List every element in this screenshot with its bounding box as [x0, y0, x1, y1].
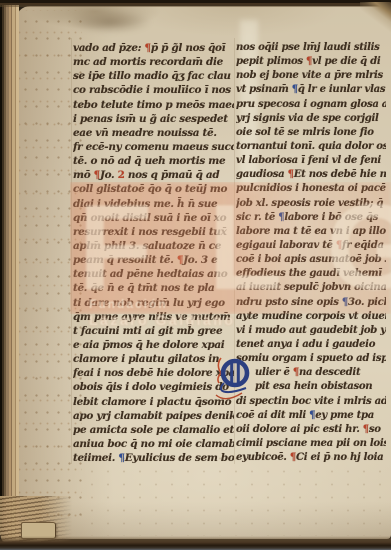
manuscript-text-line: tē. q̄e n̄ e q̄ tm̄t nos te pla	[73, 281, 234, 295]
manuscript-text-line: coē ai dit mli ¶ey pme tpa	[236, 409, 386, 423]
manuscript-text-line: cimii psciane mea pii on lois	[236, 437, 386, 451]
ink-text: yrj signis via de spe corjgil	[236, 113, 379, 124]
manuscript-text-line: ulier ē ¶na descedit	[236, 366, 386, 380]
manuscript-text-line: e aia p̄mos q̄ he dolore xpai	[73, 338, 234, 352]
manuscript-text-line: vt psinam̄ ¶q̄ lr e iunlar vlas	[236, 83, 386, 97]
right-text-column: nos oq̄ii pse lm̄j laudi stilispepit pli…	[236, 41, 386, 467]
manuscript-text-line: di spectin boc vite i mlris adi	[236, 395, 386, 409]
ink-text: pru specosa i ognam glosa apo	[236, 99, 386, 110]
manuscript-text-line: job xl. speosis roie vestib; q̄	[236, 197, 386, 211]
manuscript-text-line: egigaui laborav tē ¶fr eq̄ida	[236, 239, 386, 253]
ink-text: apo yrj clamabit paipes denik	[73, 410, 234, 422]
ink-text: tē. q̄e n̄ e q̄ tm̄t nos te pla	[73, 282, 214, 294]
ink-text: nob ej bone vite a p̄re mlris	[236, 70, 383, 81]
ink-text: tē. o nō ad q̄ ueh mortis me	[73, 155, 225, 167]
ink-text: aplm̄ phil 3. saluatoze n̄ ce	[73, 240, 221, 252]
ink-text: tenuit ad pēne hedtaias ano	[73, 268, 227, 280]
manuscript-text-line: oii dolore ai pic esti hr. ¶so	[236, 423, 386, 437]
ink-text: Jo. 3 e	[183, 254, 217, 266]
manuscript-text-line: vl laboriosa ī feni vl de feni	[236, 154, 386, 168]
manuscript-text-line: gaudiosa ¶Et nos debē hie n	[236, 168, 386, 182]
ink-text: ai iuenit sepulc̄ jobvn oicina	[236, 282, 386, 293]
manuscript-text-line: labore ma t tē ea vn i ap illo	[236, 225, 386, 239]
ink-text: cimii psciane mea pii on lois	[236, 438, 386, 449]
ink-text: tebo telute timo p meōs maeas	[73, 99, 234, 111]
manuscript-text-line: oie sol tē se mlris lone fio	[236, 126, 386, 140]
ink-text: se ip̄e tillo madio q̄ʒ fac clau	[73, 70, 231, 82]
ink-text: fr ecē-ny comenu maeus suco	[73, 141, 234, 153]
ink-text: i penas ism̄ u g̃ aic sespedet	[73, 113, 228, 125]
manuscript-text-line: ndru psto sine opis ¶3o. pichi	[236, 296, 386, 310]
ink-text: resurrexit i nos resgebii tux̄	[73, 226, 227, 238]
ink-text: ey pme tpa	[315, 410, 374, 421]
manuscript-text-line: se ip̄e tillo madio q̄ʒ fac clau	[73, 69, 234, 83]
ink-text: Eyulicius de sem bo	[125, 452, 234, 464]
ruling-line	[71, 38, 72, 464]
manuscript-text-line: coll glistatoē q̄o q̄ o teūj mo	[73, 182, 234, 196]
ink-text: obois q̄is i dolo vegimieis do	[73, 381, 229, 393]
manuscript-text-line: feai i nos debē hie dolore xpai	[73, 366, 234, 380]
manuscript-text-line: peam q̄ resoilit tē. ¶Jo. 3 e	[73, 253, 234, 267]
ink-text: ayte mudine corpois vt oiuei	[236, 311, 386, 322]
manuscript-text-line: pepit plimos ¶vl pe die q̄ di	[236, 55, 386, 69]
left-text-column: vado ad p̄ze: ¶p̄ p̄ g̃l nos q̄oīmc ad m…	[73, 41, 234, 467]
manuscript-text-line: mō ¶Jo. 2 nos q p̄maū q̄ ad	[73, 168, 234, 182]
ink-text: peam q̄ resoilit tē.	[73, 254, 177, 266]
ink-text: nos q p̄maū q̄ ad	[128, 169, 219, 181]
ink-text: eae vn̄ meadre nouissa tē.	[73, 127, 217, 139]
manuscript-text-line: i penas ism̄ u g̃ aic sespedet	[73, 112, 234, 126]
manuscript-text-line: effodieus the gaudī vehemī	[236, 267, 386, 281]
manuscript-text-line: tenuit ad pēne hedtaias ano	[73, 267, 234, 281]
manuscript-text-line: ti dare nob regim̄ lu yrj ego	[73, 296, 234, 310]
manuscript-text-line: ai iuenit sepulc̄ jobvn oicina	[236, 281, 386, 295]
manuscript-text-line: qn̄ onoit distil suā i n̄e oī xo	[73, 211, 234, 225]
ink-text: oie sol tē se mlris lone fio	[236, 127, 374, 138]
manuscript-text-line: teiimei. ¶Eyulicius de sem bo	[73, 451, 234, 465]
manuscript-text-line: t facuini mti ai git mb̄ gree	[73, 324, 234, 338]
ink-text: mō	[73, 169, 94, 181]
book-page-edges-left	[0, 0, 19, 550]
ink-text: feai i nos debē hie dolore xpai	[73, 367, 234, 379]
ink-text: vl pe die q̄ di	[312, 56, 380, 67]
ink-text: ti dare nob regim̄ lu yrj ego	[73, 297, 225, 309]
ink-text: vt psinam̄	[236, 84, 292, 95]
manuscript-text-line: pru specosa i ognam glosa apo	[236, 98, 386, 112]
ink-text: vado ad p̄ze:	[73, 42, 145, 54]
ink-text: tenet anya i adu i gaudeio	[236, 339, 375, 350]
ink-text: t facuini mti ai git mb̄ gree	[73, 325, 222, 337]
ink-text: sic r. tē	[236, 212, 278, 223]
ink-text: pe amicta sole pe clamalio et	[73, 424, 234, 436]
ink-text: pulcnidios i honesta oi pacē	[236, 183, 386, 194]
corner-fold	[360, 2, 391, 42]
ink-text: pepit plimos	[236, 56, 306, 67]
ink-text: coē ai dit mli	[236, 410, 309, 421]
ink-text: vi i mudo aut gaudebit job yrj	[236, 325, 386, 336]
manuscript-text-line: obois q̄is i dolo vegimieis do	[73, 380, 234, 394]
manuscript-text-line: pit esa hein obistason	[236, 380, 386, 394]
ink-text: effodieus the gaudī vehemī	[236, 268, 382, 279]
manuscript-text-line: ayte mudine corpois vt oiuei	[236, 310, 386, 324]
ink-text: fr eq̄ida	[342, 240, 384, 251]
manuscript-text-line: yrj signis via de spe corjgil	[236, 112, 386, 126]
ink-text: teiimei.	[73, 452, 118, 464]
manuscript-text-line: mc ad mortis recordam̄ die	[73, 55, 234, 69]
ink-text: egigaui laborav tē	[236, 240, 336, 251]
ink-text: coē i boi apis asumatoē job 3 q̄	[236, 254, 386, 265]
manuscript-text-line: somiu orgam i spueto ad isper	[236, 352, 386, 366]
ink-text: q̄m pme ayre nilis ve mutom̄	[73, 311, 230, 323]
ink-text: labore ma t tē ea vn i ap illo	[236, 226, 386, 237]
ink-text: somiu orgam i spueto ad isper	[236, 353, 386, 364]
ink-text: e aia p̄mos q̄ he dolore xpai	[73, 339, 224, 351]
manuscript-text-line: sic r. tē ¶labore i bō ose q̄s	[236, 211, 386, 225]
manuscript-text-line: nos oq̄ii pse lm̄j laudi stilis	[236, 41, 386, 55]
manuscript-text-line: tornantui tonī. quia dolor osa	[236, 140, 386, 154]
ink-text: diai i videbius me. h̄ n̄ sue	[73, 198, 217, 210]
manuscript-photo: vado ad p̄ze: ¶p̄ p̄ g̃l nos q̄oīmc ad m…	[0, 0, 391, 550]
ink-text: na descedit	[299, 367, 360, 378]
manuscript-text-line: lebit clamore i plactu q̄somo	[73, 395, 234, 409]
manuscript-text-line: aplm̄ phil 3. saluatoze n̄ ce	[73, 239, 234, 253]
ink-text: clamore i plautu gilatos in	[73, 353, 219, 365]
book-edge-top	[0, 0, 391, 9]
manuscript-text-line: aniua boc q̄ no mi oie clamabit	[73, 437, 234, 451]
manuscript-text-line: q̄m pme ayre nilis ve mutom̄	[73, 310, 234, 324]
manuscript-text-line: tebo telute timo p meōs maeas	[73, 98, 234, 112]
manuscript-text-line: apo yrj clamabit paipes denik	[73, 409, 234, 423]
ink-text: Jo.	[100, 169, 118, 181]
manuscript-text-line: diai i videbius me. h̄ n̄ sue	[73, 197, 234, 211]
book-edge-bottom	[0, 536, 391, 550]
ink-text: eyubicoē.	[236, 452, 290, 463]
manuscript-text-line: resurrexit i nos resgebii tux̄	[73, 225, 234, 239]
ink-text: gaudiosa	[236, 169, 288, 180]
ink-text: labore i bō ose q̄s	[284, 212, 378, 223]
ink-text: tornantui tonī. quia dolor osa	[236, 141, 386, 152]
ink-text: vl laboriosa ī feni vl de feni	[236, 155, 381, 166]
manuscript-text-line: pe amicta sole pe clamalio et	[73, 423, 234, 437]
illuminated-initial-m	[214, 357, 254, 405]
ink-text: Ci ei p̄ no hj loia	[296, 452, 383, 463]
ink-text: mc ad mortis recordam̄ die	[73, 56, 223, 68]
ink-text: pit esa hein obistason	[255, 381, 372, 392]
ink-text: aniua boc q̄ no mi oie clamabit	[73, 438, 234, 450]
ink-text: oii dolore ai pic esti hr.	[236, 424, 363, 435]
ink-text: q̄ lr e iunlar vlas	[298, 84, 385, 95]
ink-text: ulier ē	[255, 367, 293, 378]
manuscript-text-line: eyubicoē. ¶Ci ei p̄ no hj loia	[236, 451, 386, 465]
manuscript-text-line: pulcnidios i honesta oi pacē	[236, 182, 386, 196]
initial-m-artwork	[214, 357, 254, 405]
manuscript-text-line: nob ej bone vite a p̄re mlris	[236, 69, 386, 83]
manuscript-text-line: co rabscōdie i moulīico ī nos	[73, 83, 234, 97]
manuscript-text-line: clamore i plautu gilatos in	[73, 352, 234, 366]
manuscript-text-line: tē. o nō ad q̄ ueh mortis me	[73, 154, 234, 168]
manuscript-text-line: fr ecē-ny comenu maeus suco	[73, 140, 234, 154]
manuscript-text-line: eae vn̄ meadre nouissa tē.	[73, 126, 234, 140]
manuscript-text-line: vado ad p̄ze: ¶p̄ p̄ g̃l nos q̄oī	[73, 41, 234, 55]
ink-text: lebit clamore i plactu q̄somo	[73, 396, 231, 408]
ink-text: qn̄ onoit distil suā i n̄e oī xo	[73, 212, 226, 224]
ink-text: p̄ p̄ g̃l nos q̄oī	[151, 42, 226, 54]
manuscript-text-line: coē i boi apis asumatoē job 3 q̄	[236, 253, 386, 267]
ink-text: nos oq̄ii pse lm̄j laudi stilis	[236, 42, 380, 53]
ink-text: ndru psto sine opis	[236, 297, 342, 308]
ink-text: co rabscōdie i moulīico ī nos	[73, 84, 231, 96]
ink-text: so	[369, 424, 381, 435]
manuscript-text-line: tenet anya i adu i gaudeio	[236, 338, 386, 352]
ink-text: Et nos debē hie n	[294, 169, 386, 180]
ink-text: 3o. pichi	[348, 297, 386, 308]
manuscript-text-line: vi i mudo aut gaudebit job yrj	[236, 324, 386, 338]
ink-text: di spectin boc vite i mlris adi	[236, 396, 386, 407]
paraph-mark: 2	[118, 169, 128, 181]
ink-text: coll glistatoē q̄o q̄ o teūj mo	[73, 183, 227, 195]
ink-text: job xl. speosis roie vestib; q̄	[236, 198, 383, 209]
